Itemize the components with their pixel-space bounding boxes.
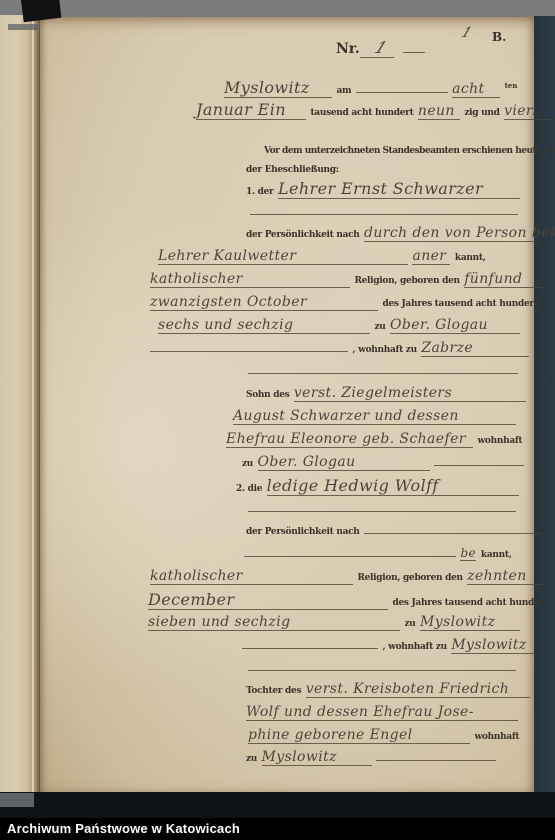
kannt-label: kannt,	[455, 253, 486, 263]
intro-text-1: Vor dem unterzeichneten Standesbeamten e…	[264, 146, 555, 156]
am-label: am	[336, 86, 351, 96]
form-rule	[244, 544, 456, 557]
wohnhaft-label: , wohnhaft zu	[382, 642, 446, 652]
bride-identity-line-2: be kannt,	[244, 544, 512, 563]
groom-birthyear-line: sechs und sechzig zu Ober. Glogau	[158, 316, 520, 335]
record-number-line: Nr. 1	[336, 38, 425, 57]
identity-entry-1: durch den von Person bekannten	[364, 225, 537, 242]
bride-parents-line-1: Tochter des verst. Kreisboten Friedrich	[246, 680, 530, 699]
residence-entry: Myslowitz	[451, 637, 535, 654]
groom-parents-residence-line: zu Ober. Glogau	[242, 453, 524, 472]
residence-entry: Zabrze	[421, 340, 529, 357]
parents-entry-3: Ehefrau Eleonore geb. Schaefer	[226, 431, 473, 448]
religion-label: Religion, geboren den	[357, 573, 462, 583]
wohnhaft-label: wohnhaft	[474, 732, 519, 742]
religion-entry: katholischer	[150, 271, 350, 288]
identity-entry-2: Lehrer Kaulwetter	[158, 248, 408, 265]
wohnhaft-label: wohnhaft	[477, 436, 522, 446]
form-rule	[364, 521, 541, 534]
birth-year-entry: sieben und sechzig	[148, 614, 400, 631]
parents-entry-2: August Schwarzer und dessen	[233, 408, 516, 425]
parents-entry-1: verst. Kreisboten Friedrich	[306, 681, 530, 698]
empty-rule-line	[248, 658, 516, 677]
groom-residence-line: , wohnhaft zu Zabrze	[150, 339, 529, 358]
parents-entry-3: phine geborene Engel	[248, 727, 470, 744]
groom-parents-line-3: Ehefrau Eleonore geb. Schaefer wohnhaft	[226, 430, 522, 449]
scan-bottom-shadow	[0, 792, 555, 818]
scanner-background-right	[534, 16, 555, 818]
bride-religion-line: katholischer Religion, geboren den zehnt…	[150, 567, 544, 586]
wohnhaft-label: , wohnhaft zu	[352, 345, 416, 355]
groom-name-entry: Lehrer Ernst Schwarzer	[278, 179, 520, 199]
form-rule	[434, 453, 524, 466]
folio-letter-value: B.	[492, 30, 506, 44]
zu-label: zu	[242, 459, 253, 469]
year-tens-entry: neun	[418, 103, 460, 120]
groom-religion-line: katholischer Religion, geboren den fünfu…	[150, 270, 544, 289]
bride-birthyear-line: sieben und sechzig zu Myslowitz	[148, 613, 520, 632]
religion-entry: katholischer	[150, 568, 353, 585]
form-rule	[376, 748, 496, 761]
identity-label: der Persönlichkeit nach	[246, 230, 360, 240]
groom-birthday-line: zwanzigsten October des Jahres tausend a…	[150, 293, 538, 312]
tochter-des-label: Tochter des	[246, 686, 301, 696]
birth-place-entry: Ober. Glogau	[390, 317, 520, 334]
groom-name-line: 1. der Lehrer Ernst Schwarzer	[246, 179, 520, 198]
zig-und-label: zig und	[464, 108, 499, 118]
folio-number: 1	[462, 24, 471, 43]
year-label: des Jahres tausend acht hundert	[382, 299, 537, 309]
place-entry: Myslowitz	[224, 78, 332, 98]
birth-day-entry: zehnten	[467, 568, 544, 585]
intro-line-1: Vor dem unterzeichneten Standesbeamten e…	[264, 140, 555, 159]
ten-suffix-label: ten	[505, 81, 518, 90]
bride-name-entry: ledige Hedwig Wolff	[267, 476, 519, 496]
day-entry: acht	[452, 81, 500, 98]
form-rule	[403, 40, 425, 53]
record-number-value: 1	[360, 38, 402, 58]
year-label: des Jahres tausend acht hundert	[392, 598, 547, 608]
page-clip-shadow	[8, 24, 38, 30]
groom-parents-line-1: Sohn des verst. Ziegelmeisters	[246, 384, 526, 403]
binding-crease	[32, 15, 34, 797]
identity-label: der Persönlichkeit nach	[246, 527, 360, 537]
bride-name-line: 2. die ledige Hedwig Wolff	[236, 476, 519, 495]
form-rule	[250, 202, 518, 215]
birth-place-entry: Myslowitz	[420, 614, 520, 631]
birth-day-entry-1: fünfund	[464, 271, 544, 288]
thousand-label: tausend acht hundert	[310, 108, 413, 118]
bride-residence-line: , wohnhaft zu Myslowitz	[242, 636, 535, 655]
archive-watermark-text: Archiwum Państwowe w Katowicach	[0, 818, 555, 840]
religion-label: Religion, geboren den	[354, 276, 459, 286]
empty-rule-line	[250, 202, 518, 221]
bride-parents-line-3: phine geborene Engel wohnhaft	[248, 726, 519, 745]
date-year-line: Januar Ein tausend acht hundert neun zig…	[196, 100, 554, 119]
folio-letter: B.	[492, 28, 506, 47]
month-entry: Januar Ein	[196, 100, 306, 120]
parents-entry-2: Wolf und dessen Ehefrau Jose-	[246, 704, 518, 721]
parents-residence-entry: Ober. Glogau	[258, 454, 430, 471]
empty-rule-line	[248, 361, 518, 380]
form-rule	[248, 658, 516, 671]
bride-parents-line-2: Wolf und dessen Ehefrau Jose-	[246, 703, 518, 722]
groom-identity-line-2: Lehrer Kaulwetter aner kannt,	[158, 247, 486, 266]
record-number-label: Nr.	[336, 41, 360, 57]
groom-index-label: 1. der	[246, 187, 274, 197]
bride-parents-residence-line: zu Myslowitz	[246, 748, 496, 767]
zu-label: zu	[374, 322, 385, 332]
empty-rule-line	[248, 499, 516, 518]
birth-day-entry-2: zwanzigsten October	[150, 294, 378, 311]
intro-line-2: der Eheschließung:	[246, 159, 339, 178]
date-place-line: Myslowitz am acht ten	[224, 78, 517, 97]
form-rule	[242, 636, 378, 649]
be-entry: be	[460, 546, 476, 561]
year-units-entry: vier.	[504, 103, 554, 120]
birth-year-entry: sechs und sechzig	[158, 317, 370, 334]
bride-birthmonth-line: December des Jahres tausend acht hundert	[148, 590, 548, 609]
scan-bottom-edge	[0, 793, 34, 807]
birth-month-entry: December	[148, 590, 388, 610]
bride-index-label: 2. die	[236, 484, 262, 494]
groom-parents-line-2: August Schwarzer und dessen	[233, 407, 516, 426]
intro-text-2: der Eheschließung:	[246, 165, 339, 175]
bride-identity-line-1: der Persönlichkeit nach	[246, 521, 541, 540]
sohn-des-label: Sohn des	[246, 390, 289, 400]
scan-viewport: Nr. 1 1 B. Myslowitz am acht ten Januar …	[0, 0, 555, 840]
parents-residence-entry: Myslowitz	[262, 749, 372, 766]
groom-identity-line-1: der Persönlichkeit nach durch den von Pe…	[246, 224, 537, 243]
form-rule	[150, 339, 348, 352]
zu-label: zu	[246, 754, 257, 764]
form-rule	[356, 80, 448, 93]
zu-label: zu	[404, 619, 415, 629]
facing-page-edge	[0, 15, 40, 797]
form-rule	[248, 499, 516, 512]
form-rule	[248, 361, 518, 374]
archive-watermark-bar: Archiwum Państwowe w Katowicach	[0, 818, 555, 840]
parents-entry-1: verst. Ziegelmeisters	[294, 385, 526, 402]
identity-aner-entry: aner	[412, 248, 450, 265]
kannt-label: kannt,	[481, 550, 512, 560]
